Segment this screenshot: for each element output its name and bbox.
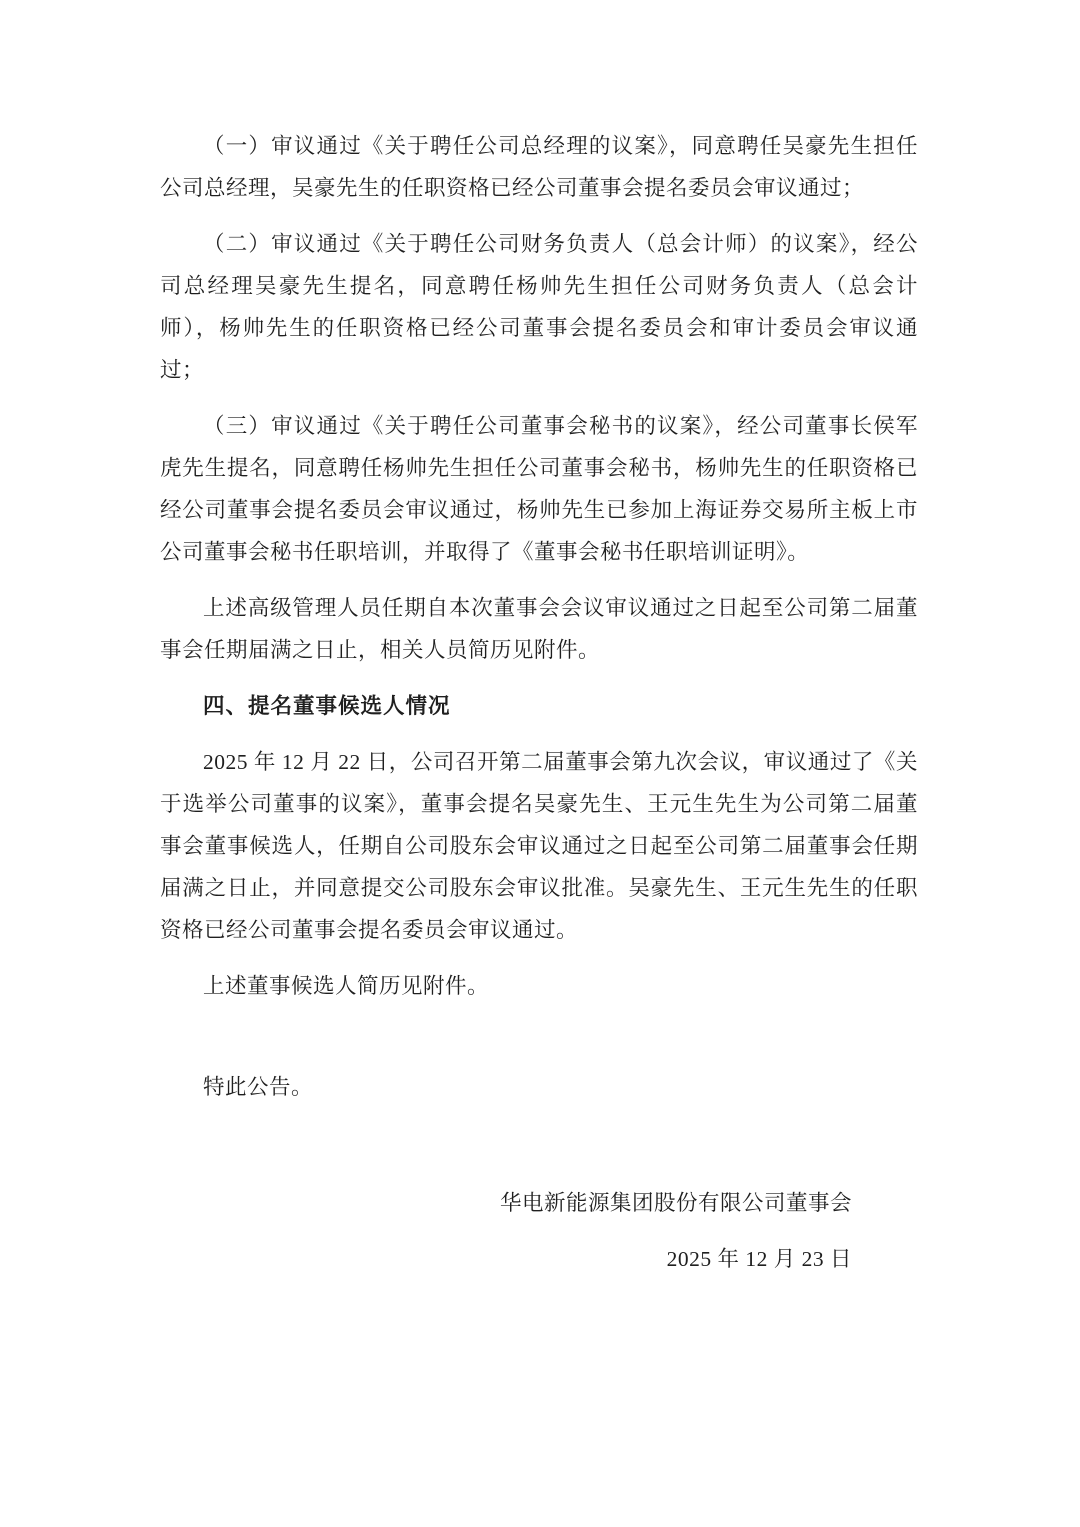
paragraph-item-1-appoint-general-manager: （一）审议通过《关于聘任公司总经理的议案》，同意聘任吴豪先生担任公司总经理，吴豪… xyxy=(160,125,918,209)
paragraph-candidate-resume-note: 上述董事候选人简历见附件。 xyxy=(160,965,918,1007)
signature-company-name: 华电新能源集团股份有限公司董事会 xyxy=(160,1182,852,1224)
paragraph-item-2-appoint-cfo: （二）审议通过《关于聘任公司财务负责人（总会计师）的议案》，经公司总经理吴豪先生… xyxy=(160,223,918,391)
paragraph-announcement-notice: 特此公告。 xyxy=(160,1066,918,1108)
paragraph-item-3-appoint-board-secretary: （三）审议通过《关于聘任公司董事会秘书的议案》，经公司董事长侯军虎先生提名，同意… xyxy=(160,405,918,573)
section-heading-nominated-director-candidates: 四、提名董事候选人情况 xyxy=(160,685,918,727)
paragraph-director-nomination-details: 2025 年 12 月 22 日，公司召开第二届董事会第九次会议，审议通过了《关… xyxy=(160,741,918,951)
signature-block: 华电新能源集团股份有限公司董事会 2025 年 12 月 23 日 xyxy=(160,1182,918,1280)
document-page: （一）审议通过《关于聘任公司总经理的议案》，同意聘任吴豪先生担任公司总经理，吴豪… xyxy=(0,0,1080,1527)
signature-date: 2025 年 12 月 23 日 xyxy=(160,1238,852,1280)
paragraph-senior-management-term: 上述高级管理人员任期自本次董事会会议审议通过之日起至公司第二届董事会任期届满之日… xyxy=(160,587,918,671)
